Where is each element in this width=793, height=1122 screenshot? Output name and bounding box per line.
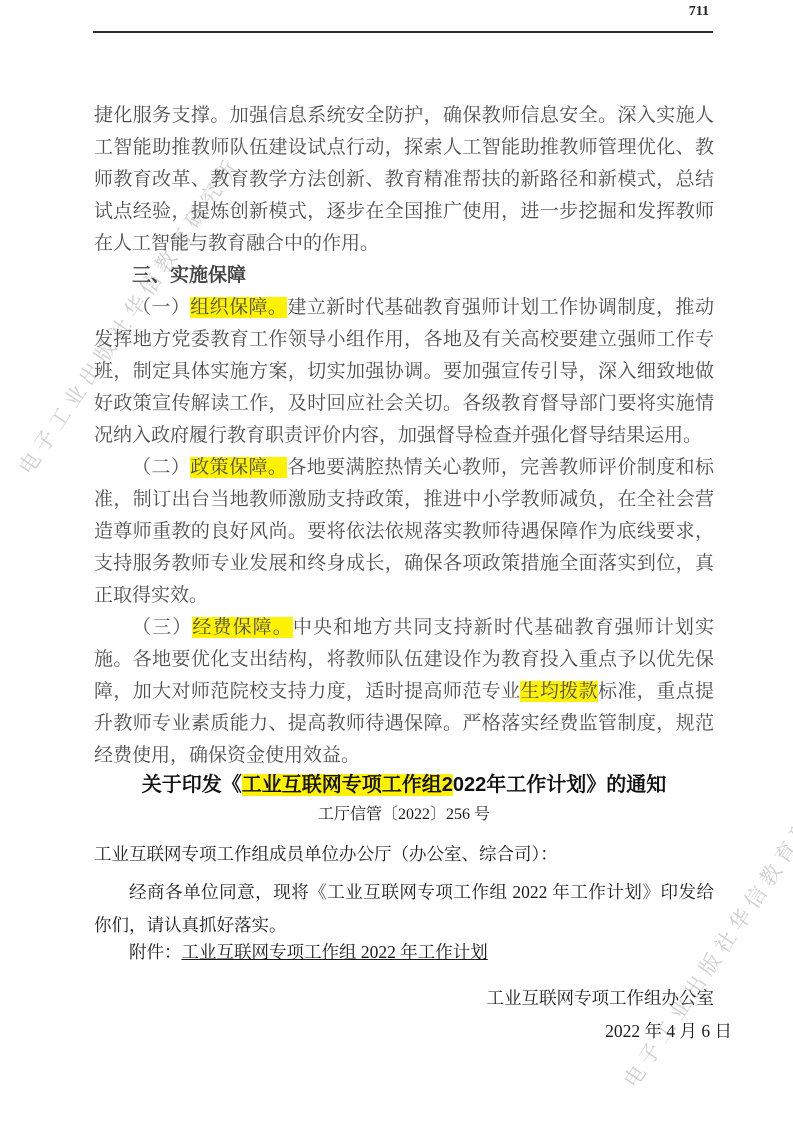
highlight-funding-guarantee: 经费保障。 (192, 617, 293, 638)
attachment-title: 工业互联网专项工作组 2022 年工作计划 (182, 942, 488, 962)
list-prefix: （一） (132, 297, 190, 318)
section-heading: 三、实施保障 (94, 260, 714, 292)
highlight-per-student-funding: 生均拨款 (520, 681, 598, 702)
paragraph-body: 建立新时代基础教育强师计划工作协调制度，推动发挥地方党委教育工作领导小组作用，各… (94, 297, 714, 446)
signature-date: 2022 年 4 月 6 日 (94, 1015, 732, 1048)
document-page: 电子工业出版社华信教育研究所 电子工业出版社华信教育研究所 711 捷化服务支撑… (0, 0, 793, 1122)
paragraph-body: 各地要满腔热情关心教师，完善教师评价制度和标准，制订出台当地教师激励支持政策，推… (94, 457, 714, 606)
header-rule (93, 31, 713, 33)
notice-title-after: 022年工作计划》的通知 (453, 774, 666, 796)
upper-document-text: 捷化服务支撑。加强信息系统安全防护，确保教师信息安全。深入实施人工智能助推教师队… (94, 100, 714, 772)
notice-title: 关于印发《工业互联网专项工作组2022年工作计划》的通知 (94, 770, 714, 800)
page-number: 711 (689, 4, 709, 20)
list-prefix: （二） (132, 457, 190, 478)
notice-body-paragraph: 经商各单位同意，现将《工业互联网专项工作组 2022 年工作计划》印发给你们，请… (94, 876, 714, 942)
highlight-organizational-guarantee: 组织保障。 (190, 297, 287, 318)
continuation-paragraph: 捷化服务支撑。加强信息系统安全防护，确保教师信息安全。深入实施人工智能助推教师队… (94, 100, 714, 260)
notice-document-number: 工厅信管〔2022〕256 号 (94, 802, 714, 828)
attachment-label: 附件： (129, 942, 182, 962)
notice-addressee: 工业互联网专项工作组成员单位办公厅（办公室、综合司）： (94, 840, 714, 868)
notice-attachment-line: 附件：工业互联网专项工作组 2022 年工作计划 (94, 938, 714, 966)
paragraph-funding-guarantee: （三）经费保障。中央和地方共同支持新时代基础教育强师计划实施。各地要优化支出结构… (94, 612, 714, 772)
notice-title-before: 关于印发《 (142, 774, 242, 796)
list-prefix: （三） (132, 617, 192, 638)
paragraph-policy-guarantee: （二）政策保障。各地要满腔热情关心教师，完善教师评价制度和标准，制订出台当地教师… (94, 452, 714, 612)
highlight-notice-title: 工业互联网专项工作组2 (242, 774, 453, 796)
paragraph-organizational-guarantee: （一）组织保障。建立新时代基础教育强师计划工作协调制度，推动发挥地方党委教育工作… (94, 292, 714, 452)
signature-organization: 工业互联网专项工作组办公室 (94, 982, 714, 1015)
notice-signature-block: 工业互联网专项工作组办公室 2022 年 4 月 6 日 (94, 982, 714, 1048)
highlight-policy-guarantee: 政策保障。 (190, 457, 287, 478)
